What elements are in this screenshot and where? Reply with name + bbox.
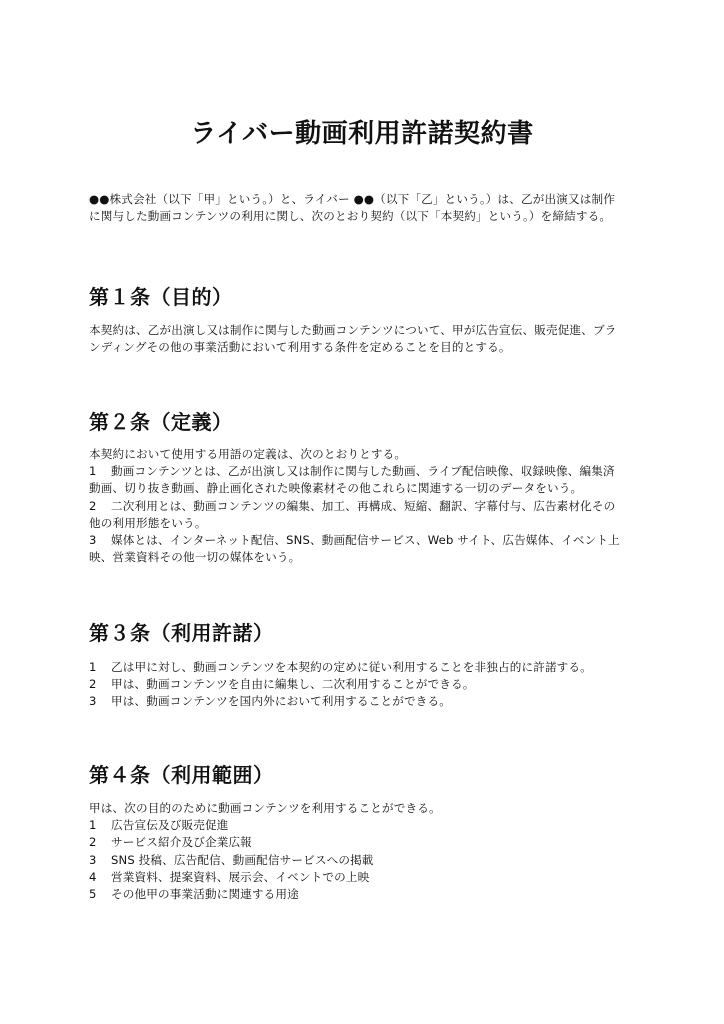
article-2-item-3: 3媒体とは、インターネット配信、SNS、動画配信サービス、Web サイト、広告媒… <box>89 532 641 549</box>
article-3-heading: 第３条（利用許諾） <box>89 619 274 647</box>
article-2-intro: 本契約において使用する用語の定義は、次のとおりとする。 <box>89 446 641 463</box>
article-1-line: 本契約は、乙が出演し又は制作に関与した動画コンテンツについて、甲が広告宣伝、販売… <box>89 322 641 339</box>
article-2-item-2: 2二次利用とは、動画コンテンツの編集、加工、再構成、短縮、翻訳、字幕付与、広告素… <box>89 498 641 515</box>
article-2-item-2-cont: 他の利用形態をいう。 <box>89 515 641 532</box>
article-2-heading: 第２条（定義） <box>89 408 233 436</box>
article-3-item-2: 2甲は、動画コンテンツを自由に編集し、二次利用することができる。 <box>89 676 641 693</box>
article-1-body: 本契約は、乙が出演し又は制作に関与した動画コンテンツについて、甲が広告宣伝、販売… <box>89 322 641 356</box>
article-4-item-1: 1広告宣伝及び販売促進 <box>89 817 641 834</box>
article-2-item-1: 1動画コンテンツとは、乙が出演し又は制作に関与した動画、ライブ配信映像、収録映像… <box>89 463 641 480</box>
article-3-item-1: 1乙は甲に対し、動画コンテンツを本契約の定めに従い利用することを非独占的に許諾す… <box>89 659 641 676</box>
article-3-item-3: 3甲は、動画コンテンツを国内外において利用することができる。 <box>89 693 641 710</box>
article-4-item-5: 5その他甲の事業活動に関連する用途 <box>89 886 641 903</box>
preamble-line: に関与した動画コンテンツの利用に関し、次のとおり契約（以下「本契約」という。）を… <box>89 208 641 225</box>
article-4-intro: 甲は、次の目的のために動画コンテンツを利用することができる。 <box>89 800 641 817</box>
article-1-line: ンディングその他の事業活動において利用する条件を定めることを目的とする。 <box>89 339 641 356</box>
article-3-body: 1乙は甲に対し、動画コンテンツを本契約の定めに従い利用することを非独占的に許諾す… <box>89 659 641 711</box>
preamble-line: ●●株式会社（以下「甲」という。）と、ライバー ●●（以下「乙」という。）は、乙… <box>89 191 641 208</box>
article-2-item-1-cont: 動画、切り抜き動画、静止画化された映像素材その他これらに関連する一切のデータをい… <box>89 480 641 497</box>
article-4-body: 甲は、次の目的のために動画コンテンツを利用することができる。 1広告宣伝及び販売… <box>89 800 641 903</box>
article-1-heading: 第１条（目的） <box>89 283 233 311</box>
article-4-heading: 第４条（利用範囲） <box>89 761 274 789</box>
article-2-body: 本契約において使用する用語の定義は、次のとおりとする。 1動画コンテンツとは、乙… <box>89 446 641 566</box>
article-4-item-3: 3SNS 投稿、広告配信、動画配信サービスへの掲載 <box>89 852 641 869</box>
article-2-item-3-cont: 映、営業資料その他一切の媒体をいう。 <box>89 549 641 566</box>
article-4-item-2: 2サービス紹介及び企業広報 <box>89 834 641 851</box>
article-4-item-4: 4営業資料、提案資料、展示会、イベントでの上映 <box>89 869 641 886</box>
document-page: ライバー動画利用許諾契約書 ●●株式会社（以下「甲」という。）と、ライバー ●●… <box>0 0 724 1024</box>
preamble: ●●株式会社（以下「甲」という。）と、ライバー ●●（以下「乙」という。）は、乙… <box>89 191 641 225</box>
document-title: ライバー動画利用許諾契約書 <box>0 116 724 152</box>
